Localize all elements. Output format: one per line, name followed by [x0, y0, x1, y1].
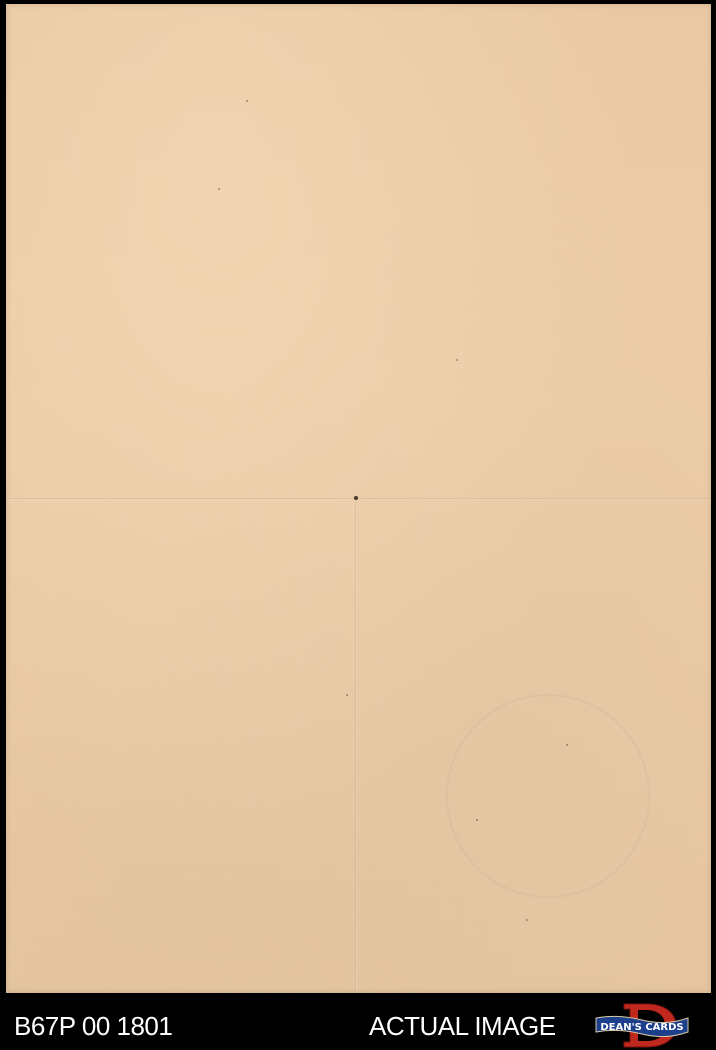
svg-text:DEAN'S CARDS: DEAN'S CARDS: [600, 1022, 683, 1033]
paper-speck: [456, 359, 458, 361]
actual-image-label: ACTUAL IMAGE: [369, 1011, 556, 1041]
paper-speck: [526, 919, 528, 921]
card-back-image: [6, 4, 711, 993]
item-id-label: B67P 00 1801: [14, 1011, 172, 1041]
horizontal-fold-line: [6, 498, 711, 500]
vertical-fold-line: [355, 500, 357, 993]
paper-speck: [566, 744, 568, 746]
deans-cards-logo-icon: DEAN'S CARDS: [594, 1002, 690, 1048]
paper-speck: [218, 188, 220, 190]
show-through-circle: [446, 694, 650, 898]
paper-speck: [246, 100, 248, 102]
paper-speck: [346, 694, 348, 696]
paper-speck: [476, 819, 478, 821]
fold-intersection-mark: [354, 496, 358, 500]
